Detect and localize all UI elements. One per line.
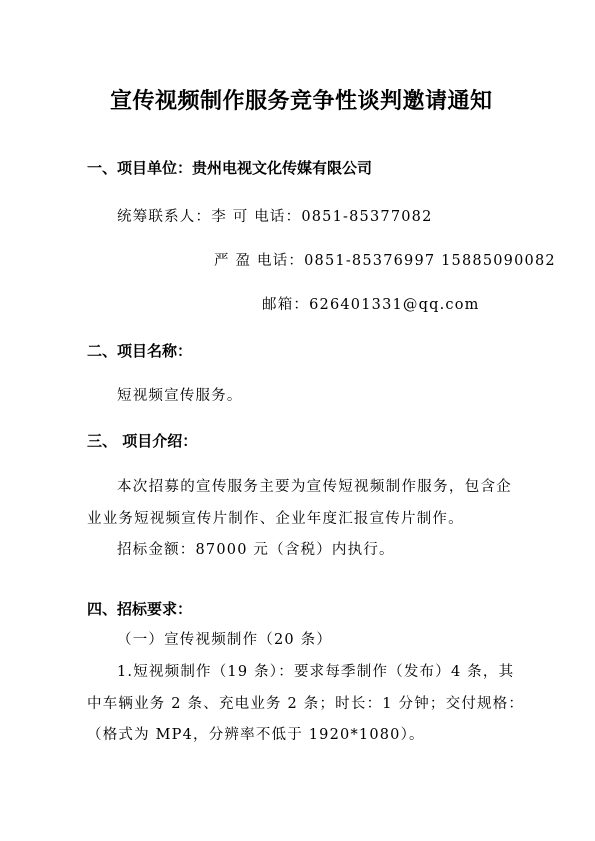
section-heading-project-unit: 一、项目单位：贵州电视文化传媒有限公司 bbox=[87, 157, 372, 178]
intro-paragraph-line-1: 本次招募的宣传服务主要为宣传短视频制作服务，包含企 bbox=[117, 475, 512, 496]
bid-amount: 招标金额：87000 元（含税）内执行。 bbox=[117, 538, 395, 559]
contact-line-2: 严 盈 电话：0851-85376997 15885090082 bbox=[214, 249, 556, 270]
requirement-line-1: 1.短视频制作（19 条）：要求每季制作（发布）4 条，其 bbox=[117, 660, 512, 681]
document-title: 宣传视频制作服务竞争性谈判邀请通知 bbox=[110, 84, 493, 115]
section-heading-project-intro: 三、 项目介绍： bbox=[87, 430, 197, 451]
requirement-line-3: （格式为 MP4，分辨率不低于 1920*1080）。 bbox=[87, 723, 425, 744]
intro-paragraph-line-2: 业业务短视频宣传片制作、企业年度汇报宣传片制作。 bbox=[87, 507, 464, 528]
project-name-text: 短视频宣传服务。 bbox=[117, 384, 243, 405]
section-heading-project-name: 二、项目名称： bbox=[87, 340, 192, 361]
contact-email: 邮箱：626401331@qq.com bbox=[262, 293, 480, 314]
subsection-video-production: （一）宣传视频制作（20 条） bbox=[117, 628, 332, 649]
contact-line-1: 统筹联系人：李 可 电话：0851-85377082 bbox=[117, 205, 433, 226]
section-heading-bid-requirements: 四、招标要求： bbox=[87, 598, 192, 619]
requirement-line-2: 中车辆业务 2 条、充电业务 2 条；时长：1 分钟；交付规格： bbox=[87, 692, 512, 713]
